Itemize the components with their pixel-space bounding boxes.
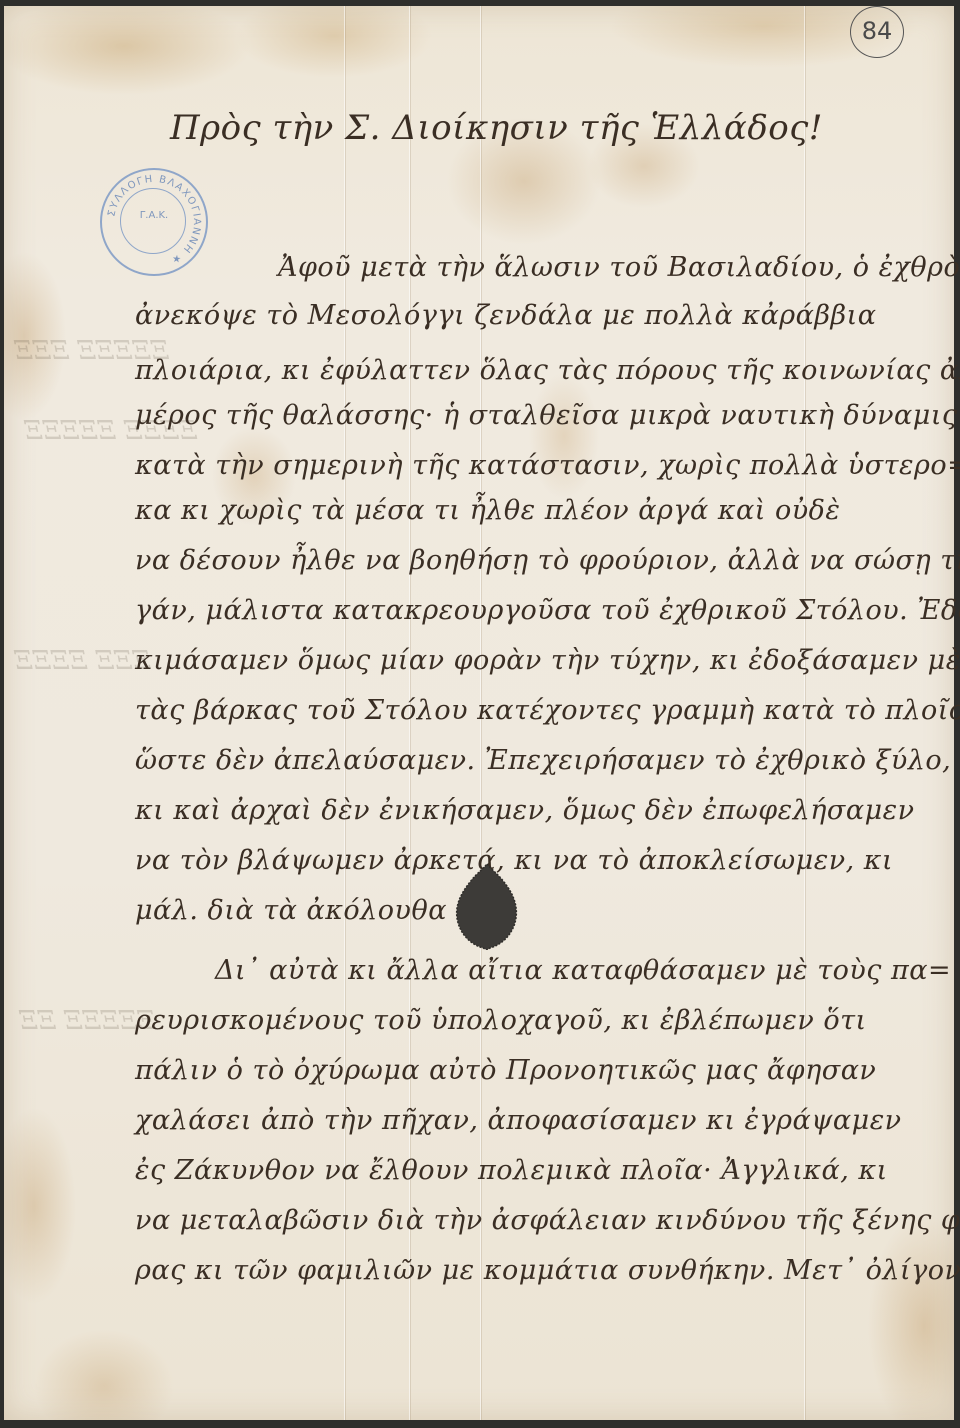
bleed-through-text: ΞΞΞ ΞΞΞΞ <box>14 646 150 676</box>
stamp-center-text: Γ.Α.Κ. <box>102 210 206 221</box>
letter-heading: Πρὸς τὴν Σ. Διοίκησιν τῆς Ἑλλάδος! <box>170 108 823 148</box>
letter-line: Δι᾽ αὐτὰ κι ἄλλα αἴτια καταφθάσαμεν μὲ τ… <box>215 955 951 986</box>
letter-line: κατὰ τὴν σημερινὴ τῆς κατάστασιν, χωρὶς … <box>135 450 960 481</box>
page-number-circled: 84 <box>850 6 904 58</box>
letter-line: κιμάσαμεν ὅμως μίαν φορὰν τὴν τύχην, κι … <box>135 645 960 676</box>
letter-line: να δέσουν ἦλθε να βοηθήσῃ τὸ φρούριον, ἀ… <box>135 545 960 576</box>
letter-line: χαλάσει ἀπὸ τὴν πῆχαν, ἀποφασίσαμεν κι ἐ… <box>135 1105 902 1136</box>
letter-line: ρας κι τῶν φαμιλιῶν με κομμάτια συνθήκην… <box>135 1255 960 1286</box>
letter-line: τὰς βάρκας τοῦ Στόλου κατέχοντες γραμμὴ … <box>135 695 960 726</box>
letter-line: ἐς Ζάκυνθον να ἔλθουν πολεμικὰ πλοῖα· Ἀγ… <box>135 1155 888 1186</box>
letter-line: πάλιν ὁ τὸ ὀχύρωμα αὐτὸ Προνοητικῶς μας … <box>135 1055 876 1086</box>
archive-stamp: ΣΥΛΛΟΓΗ ΒΛΑΧΟΓΙΑΝΝΗ ★ Γ.Α.Κ. <box>100 168 208 276</box>
letter-line: ἀνεκόψε τὸ Μεσολόγγι ζενδάλα με πολλὰ κἀ… <box>135 300 876 331</box>
letter-line: πλοιάρια, κι ἐφύλαττεν ὅλας τὰς πόρους τ… <box>135 355 960 386</box>
paper-hole-icon <box>452 862 522 950</box>
letter-line: Ἀφοῦ μετὰ τὴν ἅλωσιν τοῦ Βασιλαδίου, ὁ ἐ… <box>278 252 960 283</box>
letter-line: ρευρισκομένους τοῦ ὑπολοχαγοῦ, κι ἐβλέπω… <box>135 1005 867 1036</box>
letter-line: ὥστε δὲν ἀπελαύσαμεν. Ἐπεχειρήσαμεν τὸ ἐ… <box>135 745 951 776</box>
letter-line: κι καὶ ἀρχαὶ δὲν ἐνικήσαμεν, ὅμως δὲν ἐπ… <box>135 795 915 826</box>
letter-line: γάν, μάλιστα κατακρεουργοῦσα τοῦ ἐχθρικο… <box>135 595 960 626</box>
letter-line: να μεταλαβῶσιν διὰ τὴν ἀσφάλειαν κινδύνο… <box>135 1205 960 1236</box>
letter-line: κα κι χωρὶς τὰ μέσα τι ἦλθε πλέον ἀργά κ… <box>135 495 840 526</box>
letter-line: μέρος τῆς θαλάσσης· ἡ σταλθεῖσα μικρὰ να… <box>135 400 958 431</box>
stamp-inner-ring <box>120 188 186 254</box>
